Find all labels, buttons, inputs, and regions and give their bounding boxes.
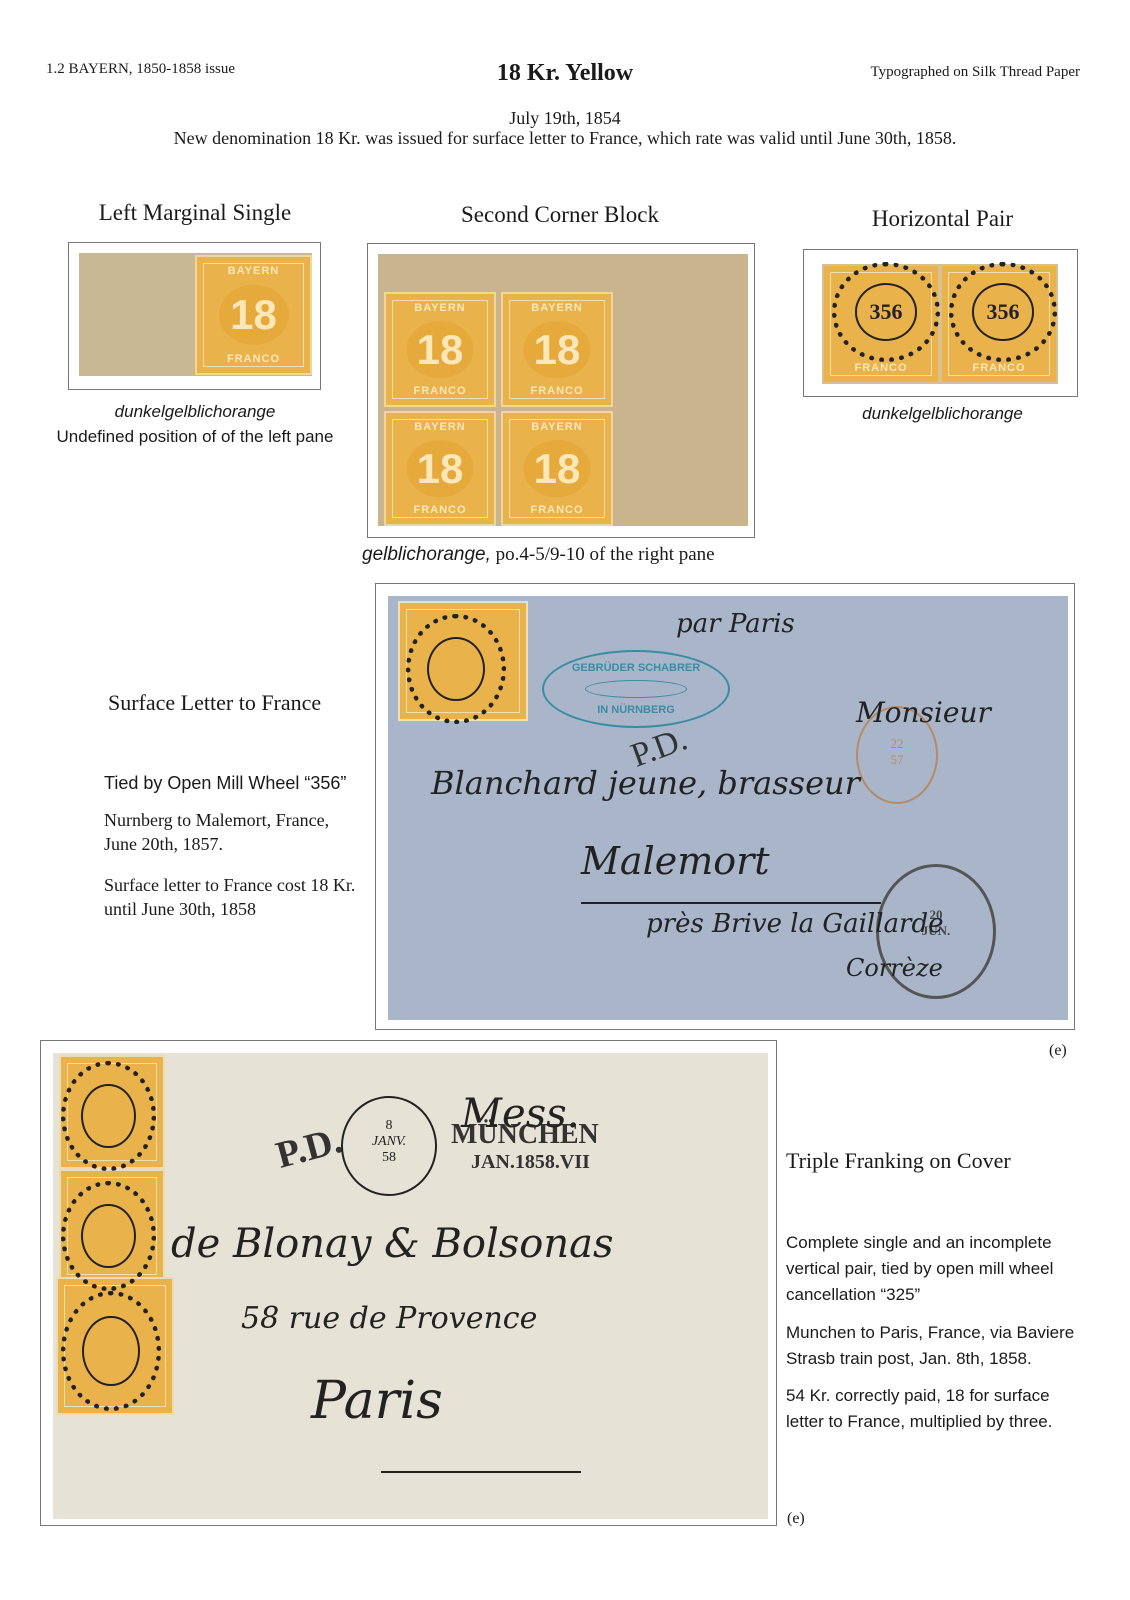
cover2-para-2: Munchen to Paris, France, via Baviere St… [786,1320,1086,1372]
baviere-strasb-cds: 8JANV.58 [341,1096,437,1196]
address-city: Paris [311,1371,443,1431]
mill-wheel-cancel [61,1291,161,1411]
left-marginal-single-title: Left Marginal Single [60,200,330,226]
left-single-note: Undefined position of of the left pane [55,427,335,447]
stamp-18kr: BAYERN18FRANCO [501,411,613,526]
cover2-para-3: 54 Kr. correctly paid, 18 for surface le… [786,1383,1086,1435]
address-town: Malemort [581,839,770,883]
printing-method: Typographed on Silk Thread Paper [871,64,1080,81]
cover1-para-2: Nurnberg to Malemort, France, June 20th,… [104,808,344,856]
address-department: Corrèze [846,954,943,982]
address-name: de Blonay & Bolsonas [171,1221,614,1267]
cover1-title: Surface Letter to France [108,690,321,716]
left-single-shade: dunkelgelblichorange [60,402,330,422]
stamp-18kr: BAYERN18FRANCO [501,292,613,407]
left-marginal-single-frame: BAYERN 18 FRANCO [68,242,321,390]
corner-block-caption: gelblichorange, po.4-5/9-10 of the right… [362,544,715,566]
routing-instruction: par Paris [676,609,795,639]
cover2-title: Triple Franking on Cover [786,1148,1011,1174]
stamp-18kr: BAYERN18FRANCO [384,411,496,526]
mill-wheel-cancel: 356 [832,262,940,362]
sender-handstamp: GEBRÜDER SCHABRER IN NÜRNBERG [542,650,730,728]
horizontal-pair-title: Horizontal Pair [800,206,1085,232]
underline [381,1471,581,1473]
horizontal-pair-shade: dunkelgelblichorange [800,404,1085,424]
cover1-mark: (e) [1049,1042,1067,1060]
address-salutation: Mess. [461,1091,579,1137]
underline [581,902,881,904]
mill-wheel-cancel: 356 [949,262,1057,362]
corner-block-title: Second Corner Block [360,202,760,228]
stamp-18kr: BAYERN 18 FRANCO [195,255,312,375]
mill-wheel-cancel [61,1181,156,1291]
cover1-para-1: Tied by Open Mill Wheel “356” [104,771,374,795]
stamp-18kr: BAYERN18FRANCO [384,292,496,407]
mill-wheel-cancel [61,1061,156,1171]
intro-text: New denomination 18 Kr. was issued for s… [0,128,1130,149]
horizontal-pair-frame: FRANCO FRANCO 356 356 [803,249,1078,397]
cover2-frame: P.D. 8JANV.58 MÜNCHEN JAN.1858.VII Mess.… [40,1040,777,1526]
address-locality: près Brive la Gaillarde [646,909,944,939]
cover2-para-1: Complete single and an incomplete vertic… [786,1230,1086,1308]
address-street: 58 rue de Provence [241,1301,537,1336]
issue-date: July 19th, 1854 [0,108,1130,129]
cover2-mark: (e) [787,1510,805,1528]
address-salutation: Monsieur [856,696,991,729]
mill-wheel-cancel [406,614,506,724]
address-name: Blanchard jeune, brasseur [431,764,860,802]
cover1-para-3: Surface letter to France cost 18 Kr. unt… [104,873,374,921]
munchen-postmark-date: JAN.1858.VII [471,1151,590,1174]
cover1-frame: GEBRÜDER SCHABRER IN NÜRNBERG par Paris … [375,583,1075,1030]
corner-block-frame: BAYERN18FRANCO BAYERN18FRANCO BAYERN18FR… [367,243,755,538]
